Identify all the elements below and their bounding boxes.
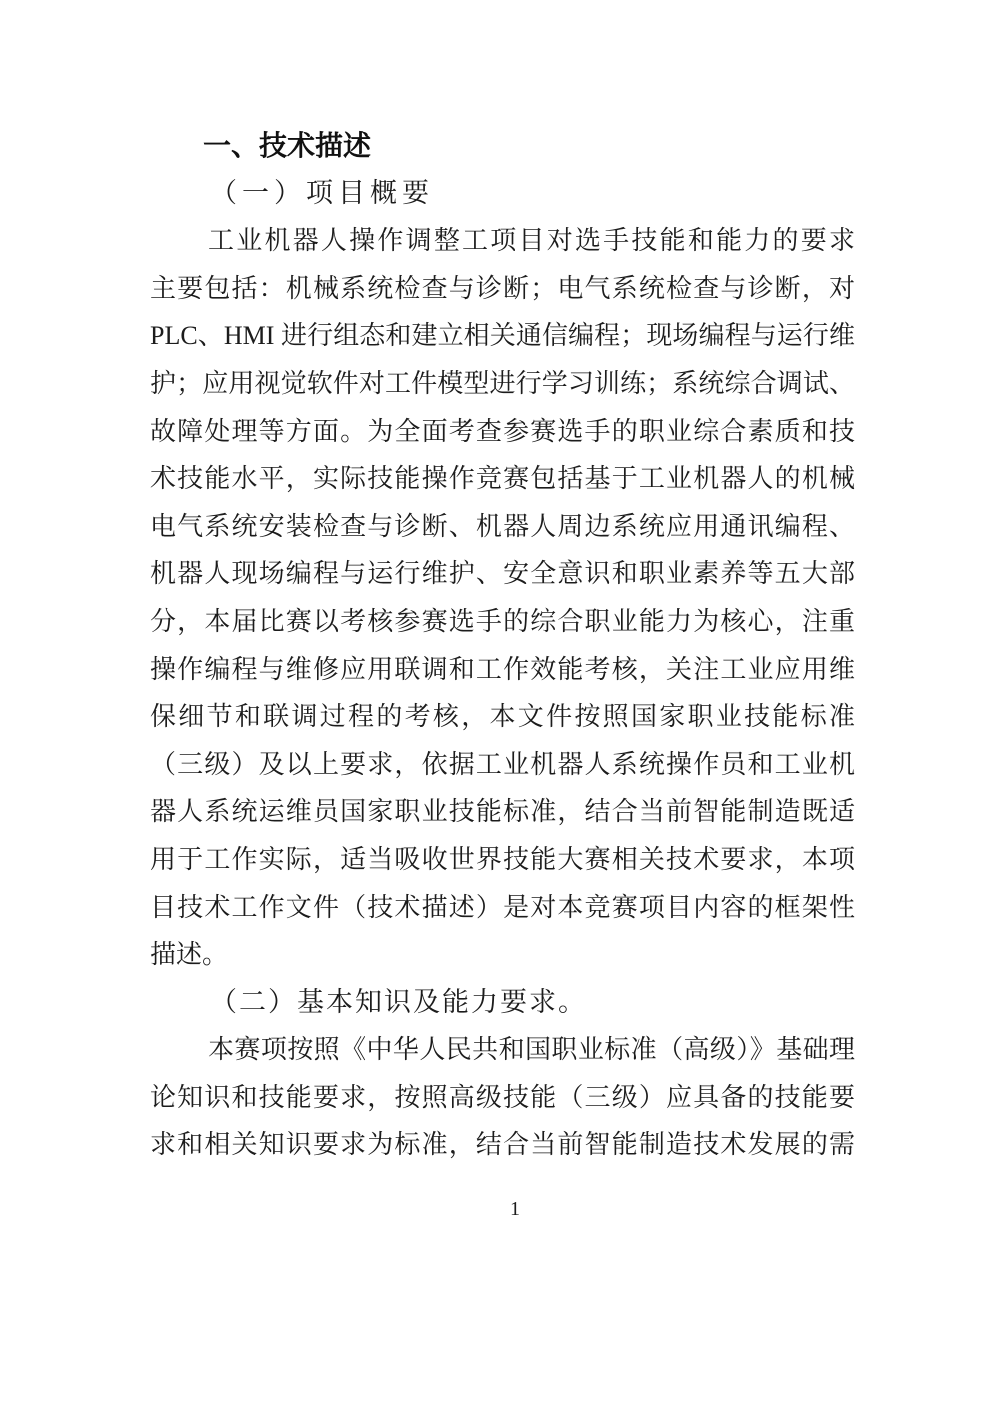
paragraph-line: 保细节和联调过程的考核，本文件按照国家职业技能标准 [150,693,855,741]
page-number: 1 [0,1198,1000,1221]
paragraph-line: 电气系统安装检查与诊断、机器人周边系统应用通讯编程、 [150,503,855,551]
paragraph-line: 求和相关知识要求为标准，结合当前智能制造技术发展的需 [150,1121,855,1169]
paragraph-line: 目技术工作文件（技术描述）是对本竞赛项目内容的框架性 [150,884,855,932]
subsection-2-heading: （二）基本知识及能力要求。 [150,979,855,1027]
paragraph-line: 描述。 [150,931,855,979]
paragraph-line: 器人系统运维员国家职业技能标准，结合当前智能制造既适 [150,788,855,836]
paragraph-line: （三级）及以上要求，依据工业机器人系统操作员和工业机 [150,741,855,789]
paragraph-line: 用于工作实际，适当吸收世界技能大赛相关技术要求，本项 [150,836,855,884]
content-block: 一、技术描述 （一）项目概要 工业机器人操作调整工项目对选手技能和能力的要求 主… [150,122,855,1169]
paragraph-line: 工业机器人操作调整工项目对选手技能和能力的要求 [150,217,855,265]
paragraph-line: 护；应用视觉软件对工件模型进行学习训练；系统综合调试、 [150,360,855,408]
section-heading: 一、技术描述 [150,122,855,170]
subsection-1-heading: （一）项目概要 [150,170,855,218]
paragraph-line: PLC、HMI 进行组态和建立相关通信编程；现场编程与运行维 [150,312,855,360]
paragraph-line: 主要包括：机械系统检查与诊断；电气系统检查与诊断，对 [150,265,855,313]
paragraph-line: 本赛项按照《中华人民共和国职业标准（高级）》基础理 [150,1026,855,1074]
paragraph-line: 操作编程与维修应用联调和工作效能考核，关注工业应用维 [150,646,855,694]
paragraph-line: 机器人现场编程与运行维护、安全意识和职业素养等五大部 [150,550,855,598]
document-page: 一、技术描述 （一）项目概要 工业机器人操作调整工项目对选手技能和能力的要求 主… [0,0,1000,1414]
paragraph-line: 故障处理等方面。为全面考查参赛选手的职业综合素质和技 [150,408,855,456]
paragraph-line: 术技能水平，实际技能操作竞赛包括基于工业机器人的机械 [150,455,855,503]
paragraph-line: 分，本届比赛以考核参赛选手的综合职业能力为核心，注重 [150,598,855,646]
paragraph-line: 论知识和技能要求，按照高级技能（三级）应具备的技能要 [150,1074,855,1122]
